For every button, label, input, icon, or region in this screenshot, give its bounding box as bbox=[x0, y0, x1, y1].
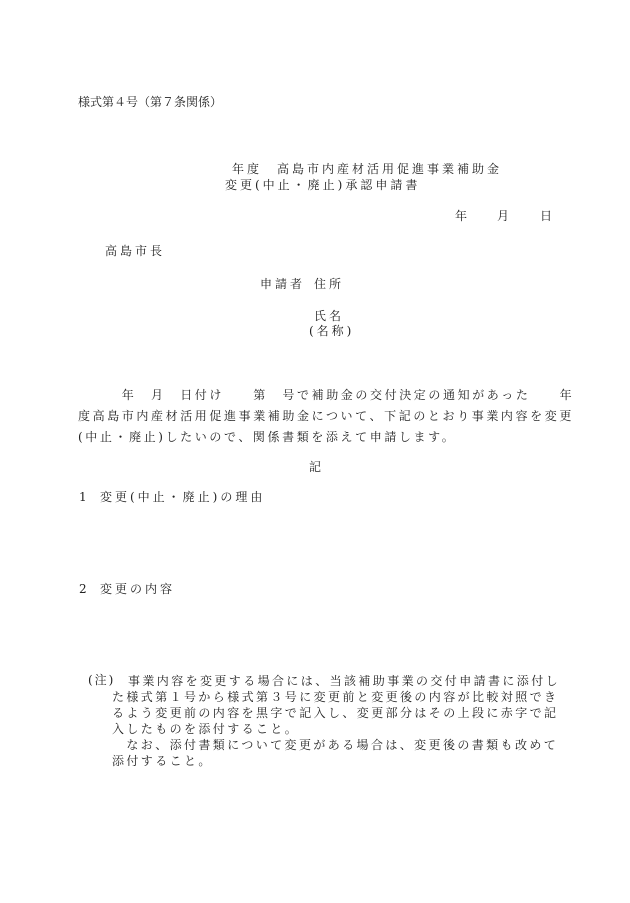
addressee: 高島市長 bbox=[105, 244, 165, 259]
note-block: 事業内容を変更する場合には、当該補助事業の交付申請書に添付し た様式第１号から様… bbox=[88, 673, 558, 769]
body-line: (中止・廃止)したいので、関係書類を添えて申請します。 bbox=[78, 427, 558, 448]
body-line: 年 月 日付け 第 号で補助金の交付決定の通知があった 年 bbox=[78, 385, 558, 406]
ki-heading: 記 bbox=[309, 460, 321, 475]
date-day: 日 bbox=[540, 209, 552, 224]
date-year: 年 bbox=[455, 209, 467, 224]
applicant-label: 申請者 bbox=[260, 277, 305, 292]
title-line-2: 変更(中止・廃止)承認申請書 bbox=[225, 178, 420, 193]
date-month: 月 bbox=[497, 209, 509, 224]
name-label: 氏名 bbox=[314, 309, 344, 324]
section-1-title: 変更(中止・廃止)の理由 bbox=[100, 490, 265, 505]
note-line: 事業内容を変更する場合には、当該補助事業の交付申請書に添付し bbox=[88, 673, 558, 689]
note-line: 添付すること。 bbox=[88, 753, 558, 769]
note-line: た様式第１号から様式第３号に変更前と変更後の内容が比較対照でき bbox=[88, 689, 558, 705]
section-2-title: 変更の内容 bbox=[100, 582, 175, 597]
section-2-number: 2 bbox=[79, 582, 87, 597]
body-line: 度高島市内産材活用促進事業補助金について、下記のとおり事業内容を変更 bbox=[78, 406, 558, 427]
note-line: なお、添付書類について変更がある場合は、変更後の書類も改めて bbox=[88, 737, 558, 753]
name-alt-label: (名称) bbox=[309, 324, 354, 339]
note-line: るよう変更前の内容を黒字で記入し、変更部分はその上段に赤字で記 bbox=[88, 705, 558, 721]
title-line-1: 年度 高島市内産材活用促進事業補助金 bbox=[232, 162, 502, 177]
note-line: 入したものを添付すること。 bbox=[88, 721, 558, 737]
form-number: 様式第４号（第７条関係） bbox=[78, 95, 222, 110]
body-paragraph: 年 月 日付け 第 号で補助金の交付決定の通知があった 年 度高島市内産材活用促… bbox=[78, 385, 558, 448]
address-label: 住所 bbox=[314, 277, 344, 292]
section-1-number: 1 bbox=[79, 490, 87, 505]
